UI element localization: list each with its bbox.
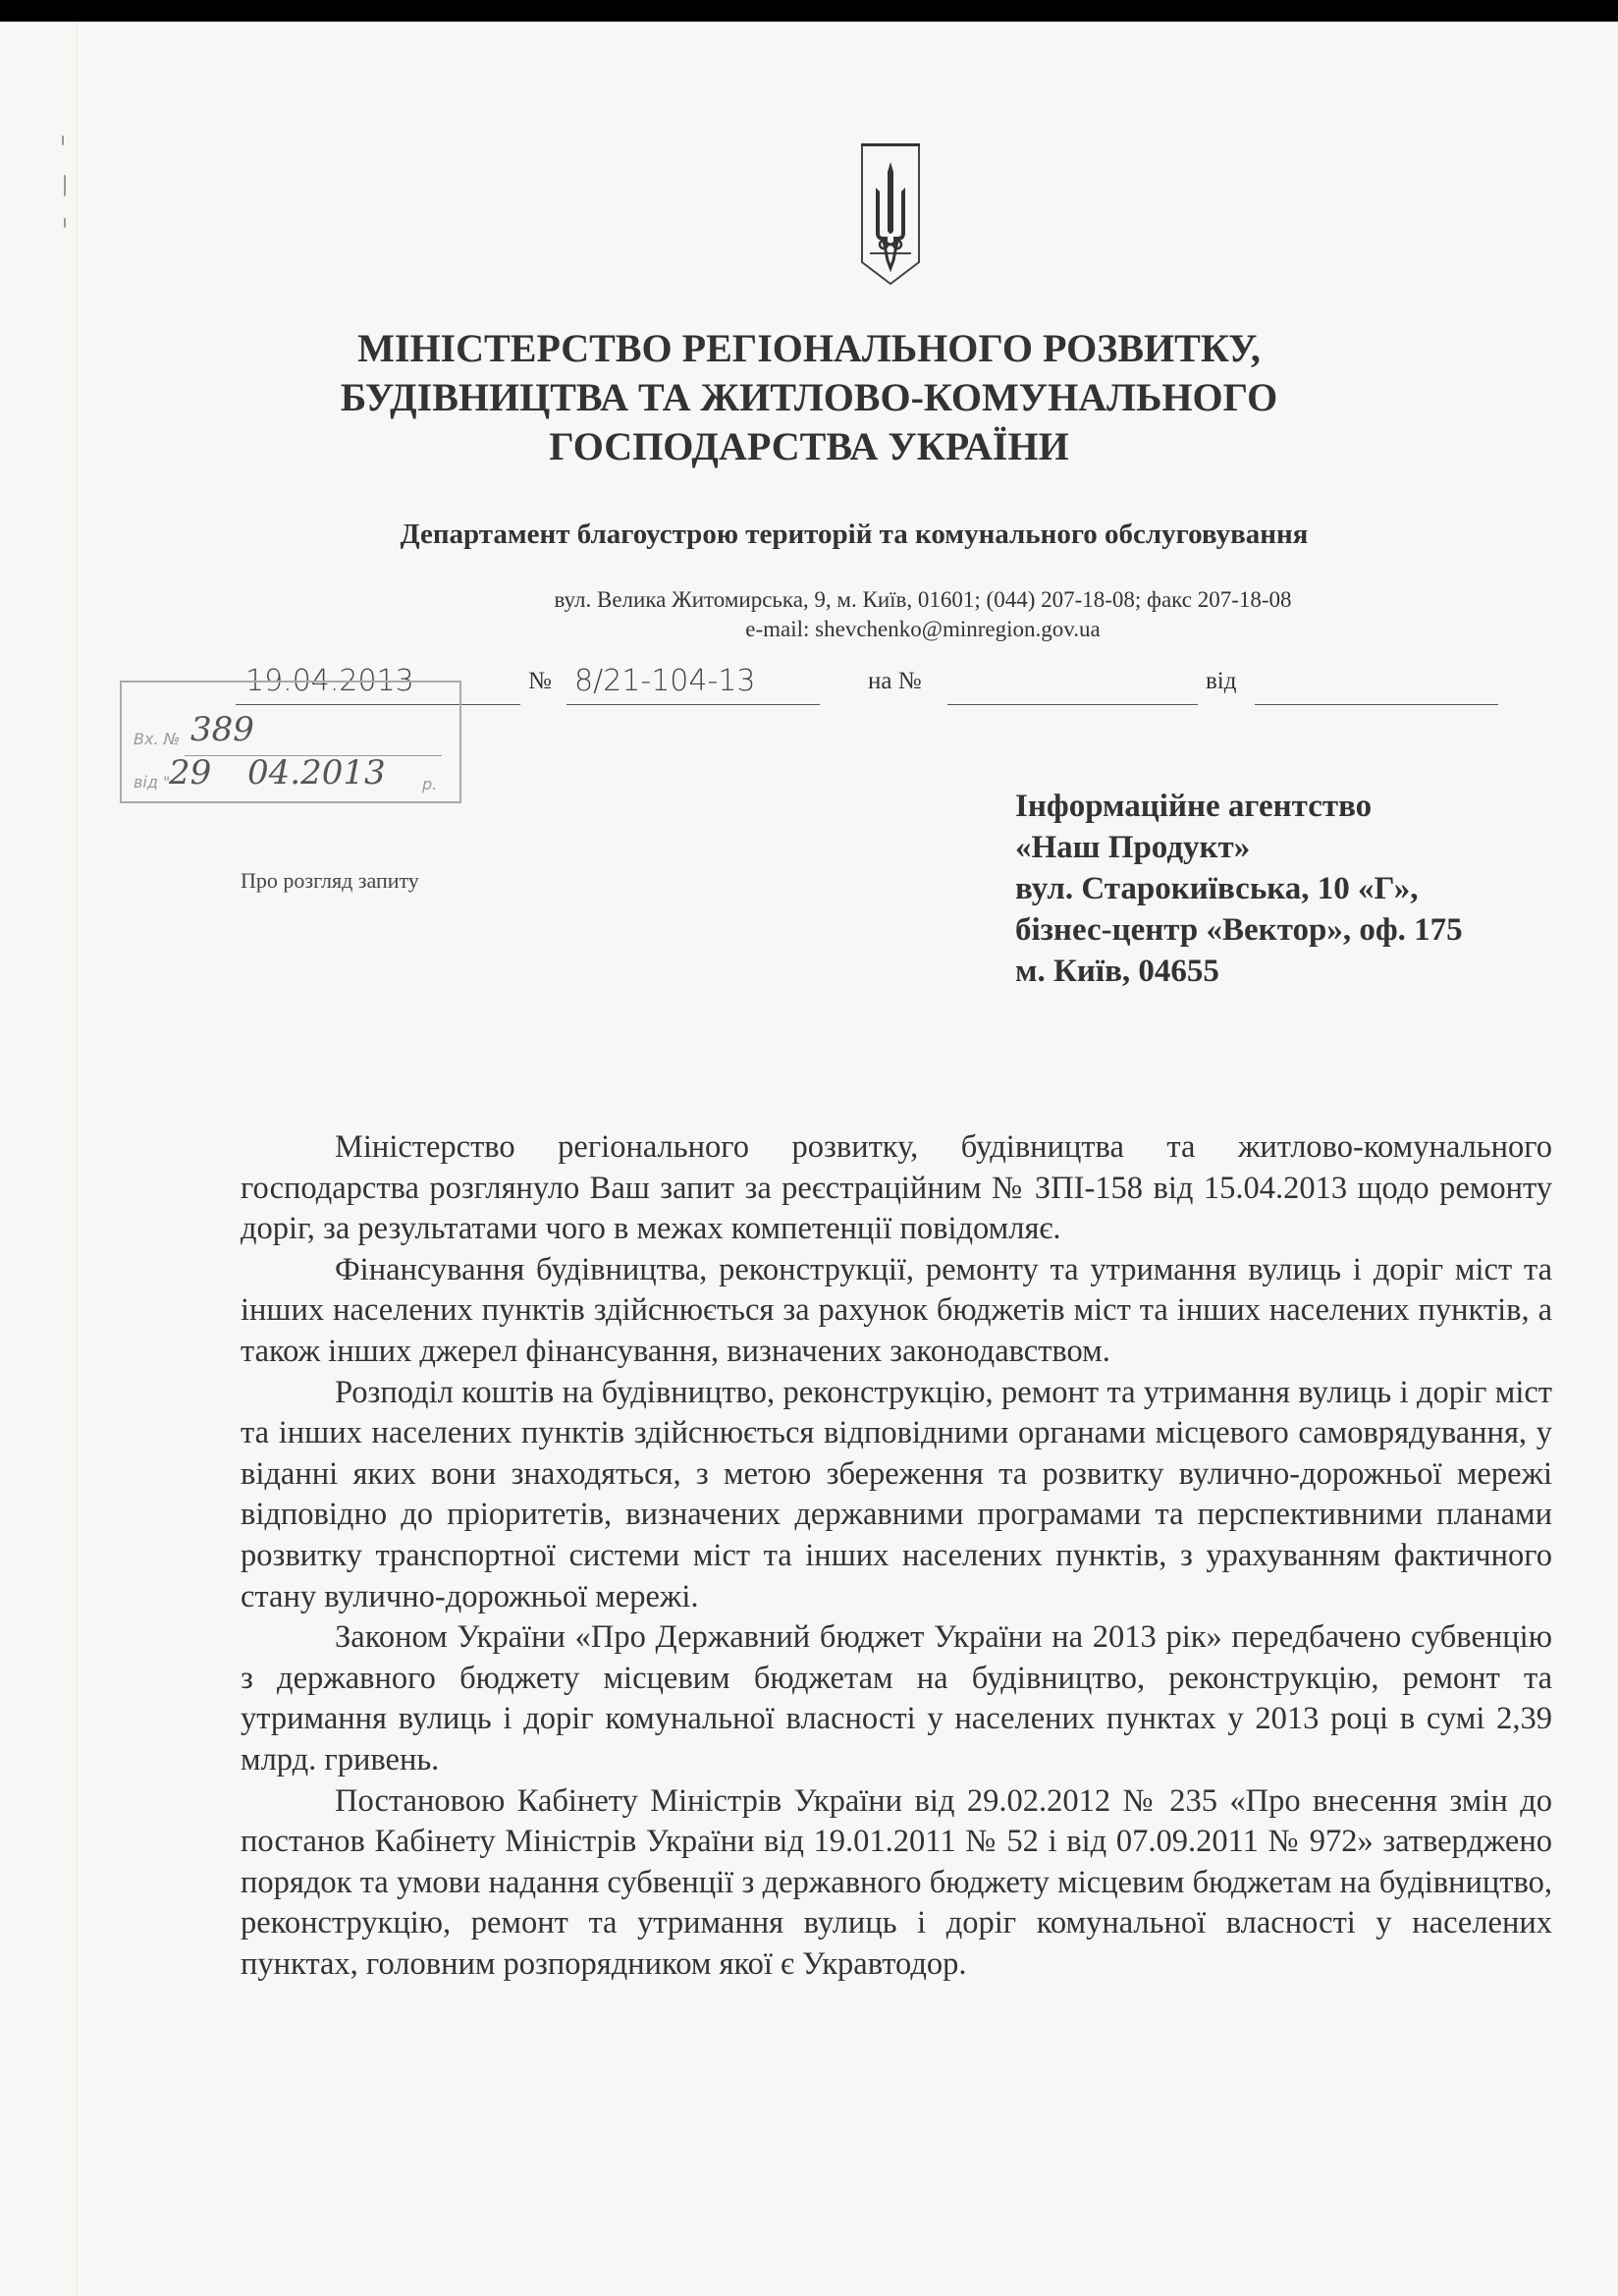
scan-top-border xyxy=(0,0,1618,22)
recipient-line: бізнес-центр «Вектор», оф. 175 xyxy=(1015,909,1565,951)
body-paragraph: Постановою Кабінету Міністрів України ві… xyxy=(241,1781,1552,1986)
recipient-line: Інформаційне агентство xyxy=(1015,786,1565,827)
outgoing-number: 8/21-104-13 xyxy=(574,664,755,698)
body-paragraph: Фінансування будівництва, реконструкції,… xyxy=(241,1250,1552,1373)
body-paragraph: Міністерство регіонального розвитку, буд… xyxy=(241,1127,1552,1250)
reply-to-number-field xyxy=(947,704,1198,705)
ukraine-coat-of-arms-icon xyxy=(860,142,921,286)
incoming-stamp: Вх. № 389 від " 29 04.2013 р. xyxy=(120,681,461,803)
body-paragraph: Розподіл коштів на будівництво, реконстр… xyxy=(241,1373,1552,1618)
letter-subject: Про розгляд запиту xyxy=(241,868,419,894)
ministry-title-line: БУДІВНИЦТВА ТА ЖИТЛОВО-КОМУНАЛЬНОГО xyxy=(295,373,1323,422)
stamp-day: 29 xyxy=(169,753,211,793)
stamp-month-year: 04.2013 xyxy=(247,753,386,793)
number-label: № xyxy=(528,668,552,695)
scan-mark xyxy=(64,175,66,196)
ministry-title-line: МІНІСТЕРСТВО РЕГІОНАЛЬНОГО РОЗВИТКУ, xyxy=(295,324,1323,373)
reply-to-label: на № xyxy=(868,668,922,695)
scan-mark xyxy=(64,218,66,228)
letter-body: Міністерство регіонального розвитку, буд… xyxy=(241,1127,1552,1985)
contact-block: вул. Велика Житомирська, 9, м. Київ, 016… xyxy=(373,585,1473,644)
recipient-block: Інформаційне агентство «Наш Продукт» вул… xyxy=(1015,786,1565,992)
stamp-suffix: р. xyxy=(422,775,437,793)
recipient-line: вул. Старокиївська, 10 «Г», xyxy=(1015,868,1565,909)
from-label: від xyxy=(1206,668,1236,695)
number-underline xyxy=(566,704,820,705)
recipient-line: «Наш Продукт» xyxy=(1015,827,1565,868)
ministry-title: МІНІСТЕРСТВО РЕГІОНАЛЬНОГО РОЗВИТКУ, БУД… xyxy=(295,324,1323,471)
stamp-date-label: від " xyxy=(134,773,170,792)
scan-mark xyxy=(62,136,64,145)
email-line: e-mail: shevchenko@minregion.gov.ua xyxy=(373,615,1473,644)
body-paragraph: Законом України «Про Державний бюджет Ук… xyxy=(241,1617,1552,1780)
stamp-number: 389 xyxy=(190,710,254,749)
recipient-line: м. Київ, 04655 xyxy=(1015,951,1565,992)
scan-margin-line xyxy=(77,22,78,2296)
from-date-field xyxy=(1255,704,1498,705)
department-name: Департамент благоустрою територій та ком… xyxy=(177,519,1532,551)
ministry-title-line: ГОСПОДАРСТВА УКРАЇНИ xyxy=(295,422,1323,471)
stamp-number-label: Вх. № xyxy=(134,730,180,748)
address-line: вул. Велика Житомирська, 9, м. Київ, 016… xyxy=(373,585,1473,615)
